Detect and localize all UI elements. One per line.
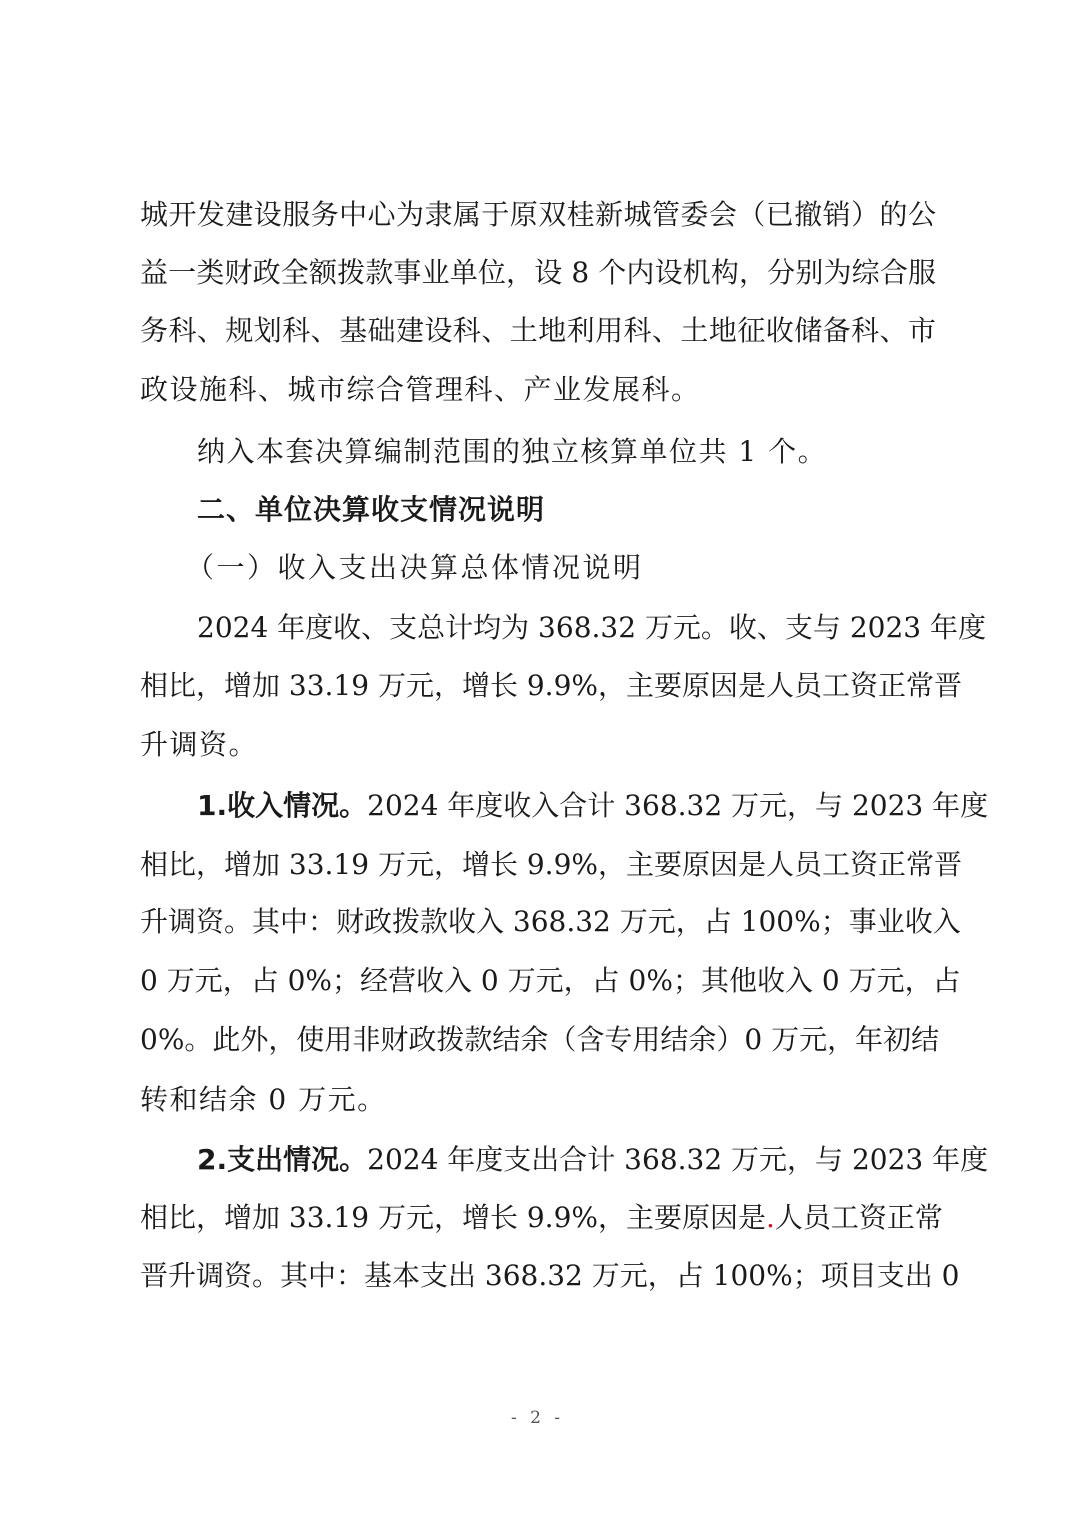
intro-line-4: 政设施科、城市综合管理科、产业发展科。 xyxy=(140,370,936,410)
expense-line-2-text-a: 相比，增加 33.19 万元，增长 9.9%，主要原因是 xyxy=(140,1201,766,1234)
expense-line-1: 2.支出情况。2024 年度支出合计 368.32 万元，与 2023 年度 xyxy=(197,1140,936,1180)
intro-line-2: 益一类财政全额拨款事业单位，设 8 个内设机构，分别为综合服 xyxy=(140,253,936,293)
income-line-5: 0%。此外，使用非财政拨款结余（含专用结余）0 万元，年初结 xyxy=(140,1020,936,1060)
document-page: 城开发建设服务中心为隶属于原双桂新城管委会（已撤销）的公 益一类财政全额拨款事业… xyxy=(0,0,1075,1520)
subsection-heading: （一）收入支出决算总体情况说明 xyxy=(186,548,982,588)
scope-paragraph: 纳入本套决算编制范围的独立核算单位共 1 个。 xyxy=(197,432,936,472)
expense-line-1-text: 2024 年度支出合计 368.32 万元，与 2023 年度 xyxy=(367,1143,988,1176)
income-line-1-text: 2024 年度收入合计 368.32 万元，与 2023 年度 xyxy=(367,789,988,822)
income-line-3: 升调资。其中：财政拨款收入 368.32 万元，占 100%；事业收入 xyxy=(140,902,936,942)
expense-line-3: 晋升调资。其中：基本支出 368.32 万元，占 100%；项目支出 0 xyxy=(140,1256,936,1296)
page-number: - 2 - xyxy=(0,1408,1075,1428)
income-line-2: 相比，增加 33.19 万元，增长 9.9%，主要原因是人员工资正常晋 xyxy=(140,845,936,885)
expense-lead: 2.支出情况。 xyxy=(197,1143,367,1176)
income-line-6: 转和结余 0 万元。 xyxy=(140,1080,936,1120)
red-mark: . xyxy=(766,1201,775,1234)
section-heading: 二、单位决算收支情况说明 xyxy=(197,490,936,530)
intro-line-3: 务科、规划科、基础建设科、土地利用科、土地征收储备科、市 xyxy=(140,311,936,351)
income-line-1: 1.收入情况。2024 年度收入合计 368.32 万元，与 2023 年度 xyxy=(197,786,936,826)
income-lead: 1.收入情况。 xyxy=(197,789,367,822)
expense-line-2: 相比，增加 33.19 万元，增长 9.9%，主要原因是.人员工资正常 xyxy=(140,1198,936,1238)
intro-line-1: 城开发建设服务中心为隶属于原双桂新城管委会（已撤销）的公 xyxy=(140,195,936,235)
income-line-4: 0 万元，占 0%；经营收入 0 万元，占 0%；其他收入 0 万元，占 xyxy=(140,961,936,1001)
overall-line-2: 相比，增加 33.19 万元，增长 9.9%，主要原因是人员工资正常晋 xyxy=(140,666,936,706)
overall-line-1: 2024 年度收、支总计均为 368.32 万元。收、支与 2023 年度 xyxy=(197,608,936,648)
overall-line-3: 升调资。 xyxy=(140,725,936,765)
expense-line-2-text-b: 人员工资正常 xyxy=(775,1201,943,1234)
